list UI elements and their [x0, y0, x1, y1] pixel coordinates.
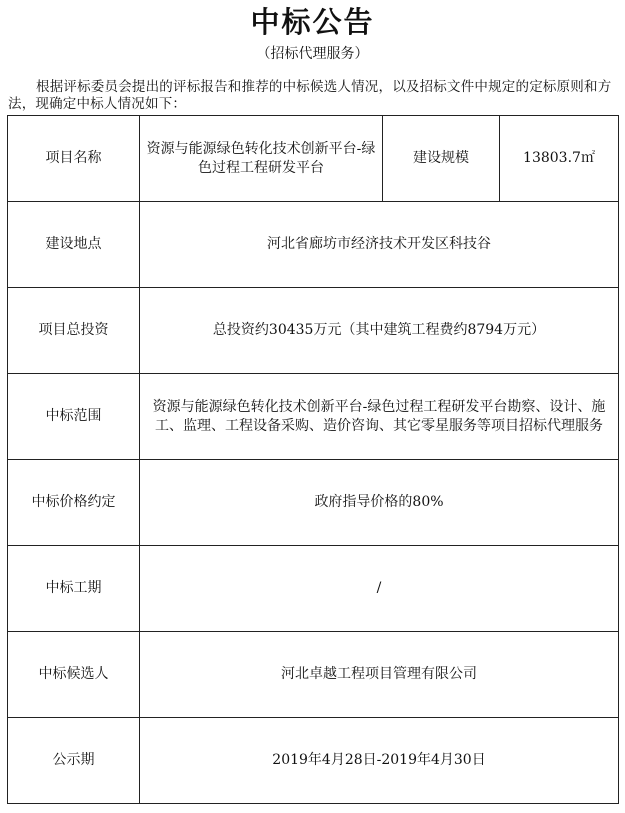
row-label: 中标候选人 [8, 632, 140, 718]
row-value: 资源与能源绿色转化技术创新平台-绿色过程工程研发平台勘察、设计、施工、监理、工程… [140, 374, 619, 460]
table-row: 建设地点 河北省廊坊市经济技术开发区科技谷 [8, 202, 619, 288]
row-label: 项目总投资 [8, 288, 140, 374]
intro-paragraph: 根据评标委员会提出的评标报告和推荐的中标候选人情况，以及招标文件中规定的定标原则… [8, 79, 618, 113]
row-value: 河北省廊坊市经济技术开发区科技谷 [140, 202, 619, 288]
row-label: 中标价格约定 [8, 460, 140, 546]
scale-value: 13803.7㎡ [500, 116, 619, 202]
row-value: 政府指导价格的80% [140, 460, 619, 546]
page-title: 中标公告 [0, 4, 625, 40]
table-row: 中标范围 资源与能源绿色转化技术创新平台-绿色过程工程研发平台勘察、设计、施工、… [8, 374, 619, 460]
table-row: 中标价格约定 政府指导价格的80% [8, 460, 619, 546]
row-value: 总投资约30435万元（其中建筑工程费约8794万元） [140, 288, 619, 374]
table-row: 中标候选人 河北卓越工程项目管理有限公司 [8, 632, 619, 718]
table-row: 项目总投资 总投资约30435万元（其中建筑工程费约8794万元） [8, 288, 619, 374]
page-subtitle: （招标代理服务） [0, 44, 625, 64]
award-table: 项目名称 资源与能源绿色转化技术创新平台-绿色过程工程研发平台 建设规模 138… [7, 115, 619, 804]
scale-label: 建设规模 [383, 116, 500, 202]
table-row: 中标工期 / [8, 546, 619, 632]
table-row-project-name: 项目名称 资源与能源绿色转化技术创新平台-绿色过程工程研发平台 建设规模 138… [8, 116, 619, 202]
row-value: 2019年4月28日-2019年4月30日 [140, 718, 619, 804]
row-label: 公示期 [8, 718, 140, 804]
row-label: 建设地点 [8, 202, 140, 288]
project-name-label: 项目名称 [8, 116, 140, 202]
row-label: 中标范围 [8, 374, 140, 460]
row-label: 中标工期 [8, 546, 140, 632]
table-row: 公示期 2019年4月28日-2019年4月30日 [8, 718, 619, 804]
project-name-value: 资源与能源绿色转化技术创新平台-绿色过程工程研发平台 [140, 116, 383, 202]
row-value: 河北卓越工程项目管理有限公司 [140, 632, 619, 718]
row-value: / [140, 546, 619, 632]
